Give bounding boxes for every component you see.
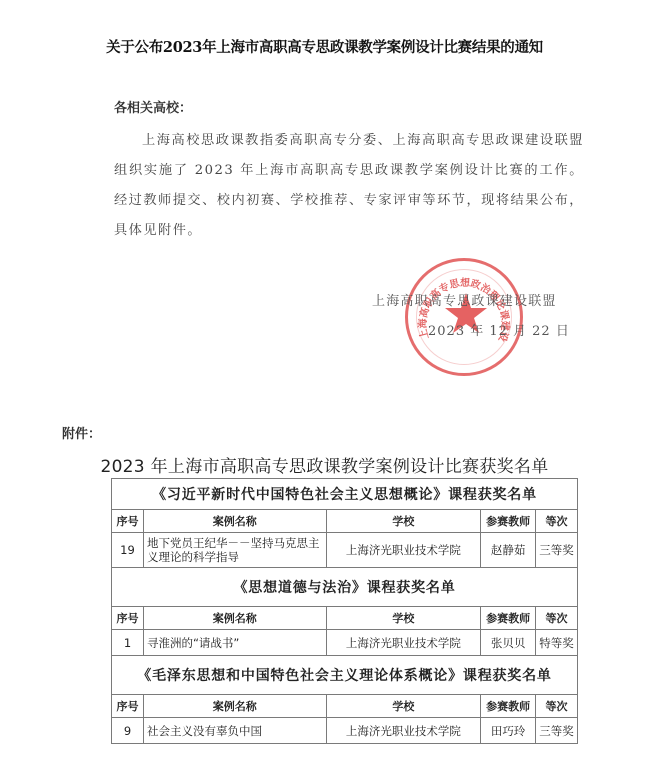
table-row: 19 地下党员王纪华－－坚持马克思主义理论的科学指导 上海济光职业技术学院 赵静… — [112, 533, 578, 568]
awards-table: 《习近平新时代中国特色社会主义思想概论》课程获奖名单 序号 案例名称 学校 参赛… — [111, 478, 578, 744]
col-header-school: 学校 — [326, 695, 481, 718]
cell-rank: 特等奖 — [536, 630, 578, 656]
cell-no: 9 — [112, 718, 144, 744]
signature-date: 2023 年 12 月 22 日 — [428, 320, 570, 339]
table-row: 9 社会主义没有辜负中国 上海济光职业技术学院 田巧玲 三等奖 — [112, 718, 578, 744]
document-title: 关于公布2023年上海市高职高专思政课教学案例设计比赛结果的通知 — [0, 36, 649, 57]
attachment-label: 附件： — [62, 423, 101, 442]
cell-school: 上海济光职业技术学院 — [326, 718, 481, 744]
salutation: 各相关高校： — [114, 97, 192, 116]
section-heading-row: 《习近平新时代中国特色社会主义思想概论》课程获奖名单 — [112, 479, 578, 510]
section-heading-row: 《毛泽东思想和中国特色社会主义理论体系概论》课程获奖名单 — [112, 656, 578, 695]
col-header-no: 序号 — [112, 607, 144, 630]
cell-school: 上海济光职业技术学院 — [326, 533, 481, 568]
cell-teacher: 赵静茹 — [481, 533, 536, 568]
cell-teacher: 张贝贝 — [481, 630, 536, 656]
col-header-rank: 等次 — [536, 695, 578, 718]
body-paragraph: 上海高校思政课教指委高职高专分委、上海高职高专思政课建设联盟组织实施了 2023… — [114, 126, 584, 246]
col-header-no: 序号 — [112, 510, 144, 533]
col-header-rank: 等次 — [536, 607, 578, 630]
paragraph-text: 上海高校思政课教指委高职高专分委、上海高职高专思政课建设联盟组织实施了 2023… — [114, 133, 584, 238]
col-header-school: 学校 — [326, 607, 481, 630]
col-header-teacher: 参赛教师 — [481, 510, 536, 533]
col-header-case: 案例名称 — [143, 695, 326, 718]
column-header-row: 序号 案例名称 学校 参赛教师 等次 — [112, 607, 578, 630]
cell-school: 上海济光职业技术学院 — [326, 630, 481, 656]
cell-rank: 三等奖 — [536, 533, 578, 568]
col-header-no: 序号 — [112, 695, 144, 718]
cell-rank: 三等奖 — [536, 718, 578, 744]
col-header-rank: 等次 — [536, 510, 578, 533]
section-heading: 《习近平新时代中国特色社会主义思想概论》课程获奖名单 — [112, 479, 578, 510]
award-list-title: 2023 年上海市高职高专思政课教学案例设计比赛获奖名单 — [0, 452, 649, 477]
cell-no: 19 — [112, 533, 144, 568]
section-heading: 《思想道德与法治》课程获奖名单 — [112, 568, 578, 607]
col-header-case: 案例名称 — [143, 607, 326, 630]
signature: 上海高职高专思政课建设联盟 — [372, 290, 557, 309]
cell-case: 社会主义没有辜负中国 — [143, 718, 326, 744]
official-seal-icon: 上海高职高专思想政治理论课建设联盟 — [405, 258, 523, 376]
section-heading-row: 《思想道德与法治》课程获奖名单 — [112, 568, 578, 607]
cell-case: 地下党员王纪华－－坚持马克思主义理论的科学指导 — [143, 533, 326, 568]
cell-case: 寻淮洲的“请战书” — [143, 630, 326, 656]
cell-no: 1 — [112, 630, 144, 656]
cell-teacher: 田巧玲 — [481, 718, 536, 744]
section-heading: 《毛泽东思想和中国特色社会主义理论体系概论》课程获奖名单 — [112, 656, 578, 695]
column-header-row: 序号 案例名称 学校 参赛教师 等次 — [112, 695, 578, 718]
column-header-row: 序号 案例名称 学校 参赛教师 等次 — [112, 510, 578, 533]
col-header-case: 案例名称 — [143, 510, 326, 533]
col-header-teacher: 参赛教师 — [481, 695, 536, 718]
table-row: 1 寻淮洲的“请战书” 上海济光职业技术学院 张贝贝 特等奖 — [112, 630, 578, 656]
col-header-teacher: 参赛教师 — [481, 607, 536, 630]
col-header-school: 学校 — [326, 510, 481, 533]
